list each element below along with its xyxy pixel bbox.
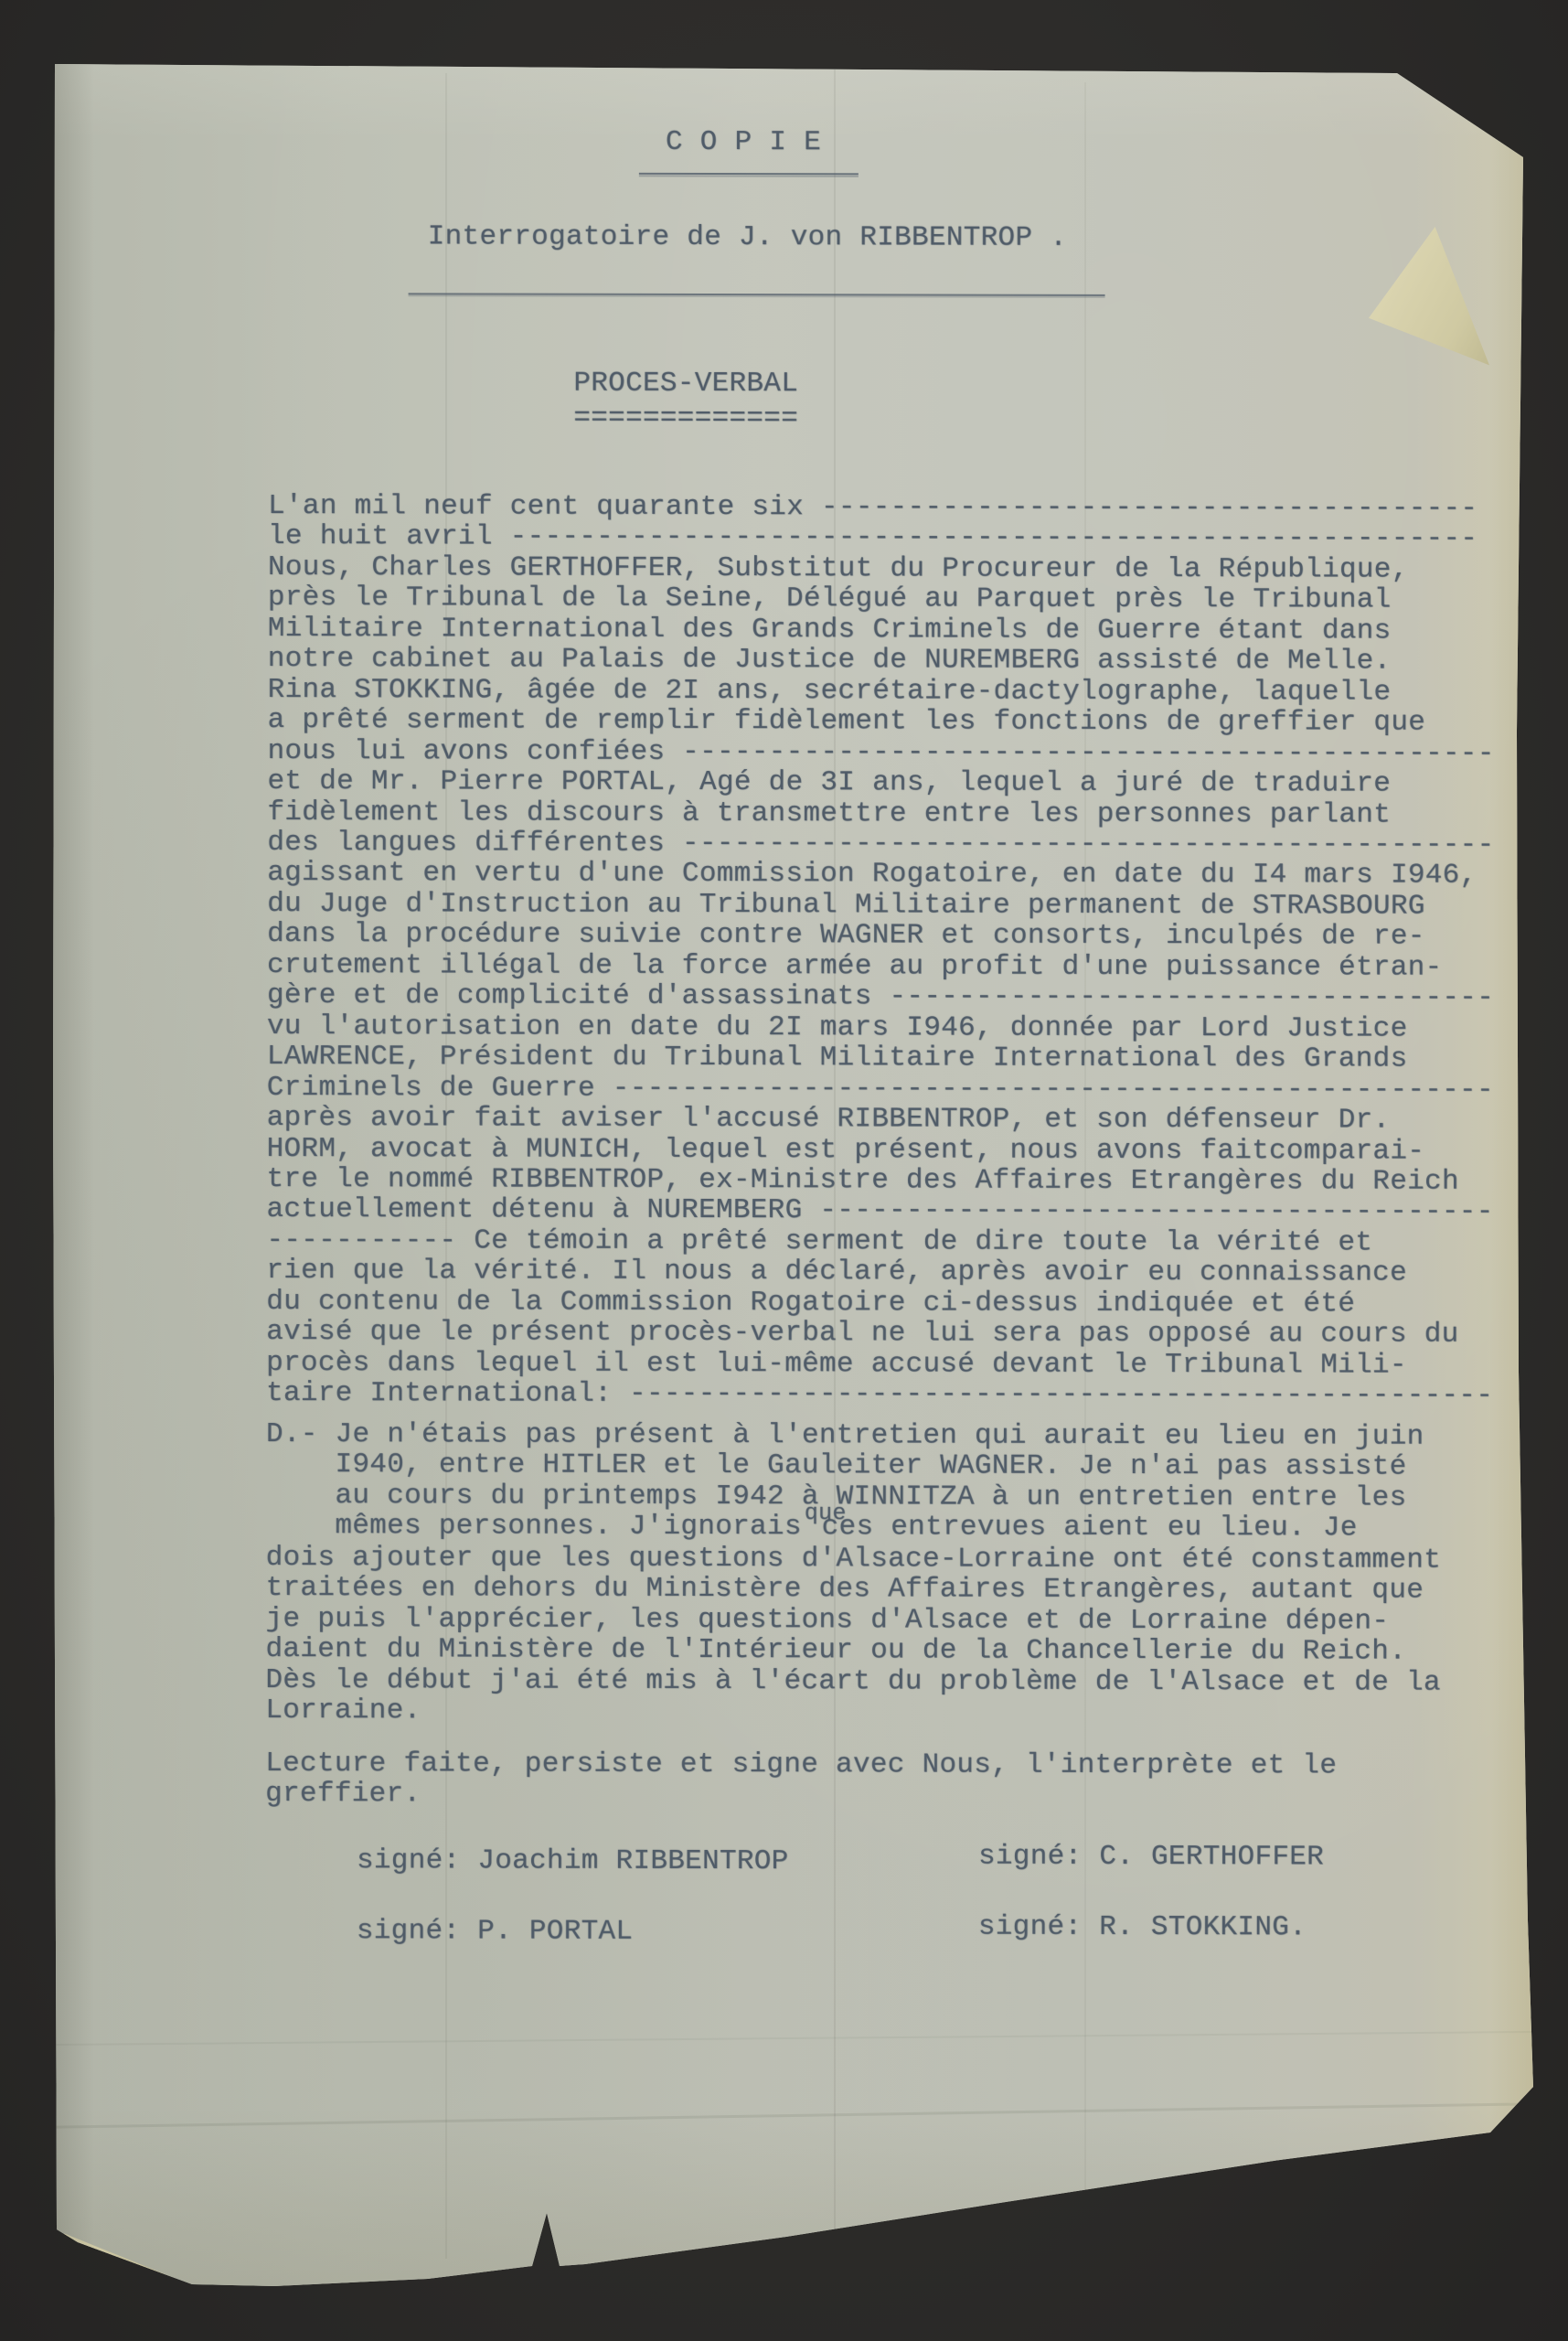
text-line: Criminels de Guerre --------------------… — [267, 1073, 1494, 1106]
deposition-answer-paragraph: D.- Je n'étais pas présent à l'entretien… — [265, 1419, 1441, 1728]
text-line: nous lui avons confiées ----------------… — [268, 736, 1495, 769]
text-line: du contenu de la Commission Rogatoire ci… — [266, 1287, 1493, 1320]
text-line: près le Tribunal de la Seine, Délégué au… — [268, 583, 1495, 615]
proces-verbal-heading: PROCES-VERBAL — [573, 369, 798, 400]
text-line: après avoir fait aviser l'accusé RIBBENT… — [267, 1103, 1494, 1136]
text-line: greffier. — [265, 1779, 1337, 1812]
text-line: procès dans lequel il est lui-même accus… — [266, 1348, 1493, 1381]
text-line: crutement illégal de la force armée au p… — [267, 950, 1494, 983]
scanned-page-canvas: C O P I E Interrogatoire de J. von RIBBE… — [0, 0, 1568, 2341]
text-line: avisé que le présent procès-verbal ne lu… — [266, 1317, 1493, 1350]
text-line: au cours du printemps I942 à WINNITZA à … — [266, 1480, 1441, 1513]
closing-paragraph: Lecture faite, persiste et signe avec No… — [265, 1748, 1337, 1812]
typewritten-text-layer: C O P I E Interrogatoire de J. von RIBBE… — [0, 0, 1568, 2341]
text-line: et de Mr. Pierre PORTAL, Agé de 3I ans, … — [267, 766, 1494, 799]
signature-right: signé: R. STOKKING. — [978, 1912, 1307, 1943]
text-line: traitées en dehors du Ministère des Affa… — [266, 1573, 1441, 1606]
copy-stamp: C O P I E — [666, 127, 821, 158]
text-line: le huit avril --------------------------… — [268, 521, 1495, 554]
text-line: ----------- Ce témoin a prêté serment de… — [266, 1225, 1493, 1258]
text-segment: ces entrevues aient eu lieu. Je — [805, 1512, 1358, 1545]
signature-right: signé: C. GERTHOFFER — [978, 1842, 1324, 1873]
proces-verbal-underline: ============= — [573, 403, 798, 434]
text-line: Rina STOKKING, âgée de 2I ans, secrétair… — [268, 675, 1495, 708]
text-line: dois ajouter que les questions d'Alsace-… — [266, 1543, 1441, 1576]
text-line: taire International: -------------------… — [266, 1378, 1493, 1411]
text-line: tre le nommé RIBBENTROP, ex-Ministre des… — [267, 1164, 1494, 1197]
text-line: Nous, Charles GERTHOFFER, Substitut du P… — [268, 552, 1495, 585]
text-line: Dès le début j'ai été mis à l'écart du p… — [265, 1665, 1440, 1698]
text-line: du Juge d'Instruction au Tribunal Milita… — [267, 889, 1494, 922]
text-line: L'an mil neuf cent quarante six --------… — [268, 491, 1495, 524]
text-line: Lorraine. — [265, 1695, 1440, 1728]
text-line: actuellement détenu à NUREMBERG --------… — [266, 1194, 1493, 1227]
signature-left: signé: P. PORTAL — [357, 1916, 634, 1947]
text-line: je puis l'apprécier, les questions d'Als… — [266, 1604, 1441, 1637]
text-line: HORM, avocat à MUNICH, lequel est présen… — [267, 1133, 1494, 1166]
text-line: des langues différentes ----------------… — [267, 828, 1494, 861]
signature-row: signé: P. PORTALsigné: R. STOKKING. — [357, 1916, 1509, 1989]
document-page: C O P I E Interrogatoire de J. von RIBBE… — [0, 0, 1568, 2341]
text-line: LAWRENCE, Président du Tribunal Militair… — [267, 1042, 1494, 1074]
copy-stamp-underline — [639, 173, 859, 176]
text-line: D.- Je n'étais pas présent à l'entretien… — [266, 1419, 1441, 1452]
text-line: gère et de complicité d'assassinats ----… — [267, 980, 1494, 1013]
text-line: notre cabinet au Palais de Justice de NU… — [268, 644, 1495, 677]
text-segment: mêmes personnes. J'ignorais — [266, 1510, 802, 1543]
text-line: Militaire International des Grands Crimi… — [268, 614, 1495, 647]
text-line: daient du Ministère de l'Intérieur ou de… — [265, 1634, 1440, 1667]
text-line: dans la procédure suivie contre WAGNER e… — [267, 919, 1494, 952]
text-line: a prêté serment de remplir fidèlement le… — [268, 705, 1495, 738]
preamble-paragraph: L'an mil neuf cent quarante six --------… — [266, 491, 1495, 1411]
signatures-block: signé: Joachim RIBBENTROPsigné: C. GERTH… — [357, 1845, 1509, 1989]
signature-left: signé: Joachim RIBBENTROP — [357, 1845, 789, 1876]
text-line: vu l'autorisation en date du 2I mars I94… — [267, 1011, 1494, 1044]
text-line: Lecture faite, persiste et signe avec No… — [265, 1748, 1337, 1781]
title-underline-rule — [409, 293, 1105, 296]
text-line: agissant en vertu d'une Commission Rogat… — [267, 858, 1494, 891]
text-line: rien que la vérité. Il nous a déclaré, a… — [266, 1256, 1493, 1288]
text-line: fidèlement les discours à transmettre en… — [267, 797, 1494, 830]
text-line: mêmes personnes. J'ignoraisque ces entre… — [266, 1511, 1441, 1545]
document-title: Interrogatoire de J. von RIBBENTROP . — [428, 221, 1067, 253]
signature-row: signé: Joachim RIBBENTROPsigné: C. GERTH… — [357, 1845, 1509, 1919]
text-line: I940, entre HITLER et le Gauleiter WAGNE… — [266, 1449, 1441, 1482]
